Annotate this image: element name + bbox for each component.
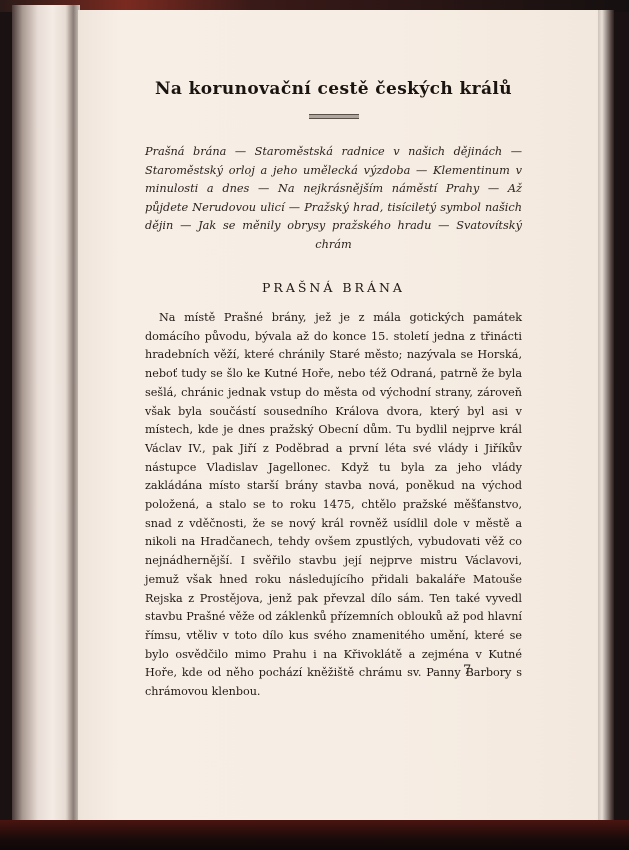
background-bottom xyxy=(0,820,629,850)
section-heading: PRAŠNÁ BRÁNA xyxy=(145,280,522,295)
left-page-edge xyxy=(12,5,70,830)
chapter-title: Na korunovační cestě českých králů xyxy=(145,78,522,100)
chapter-summary: Prašná brána — Staroměstská radnice v na… xyxy=(145,143,522,254)
section-body: Na místě Prašné brány, jež je z mála got… xyxy=(145,309,522,702)
right-page-edge xyxy=(598,10,614,830)
title-divider xyxy=(309,114,359,119)
page-number: 7 xyxy=(463,663,471,678)
page-content: Na korunovační cestě českých králů Prašn… xyxy=(145,78,522,702)
